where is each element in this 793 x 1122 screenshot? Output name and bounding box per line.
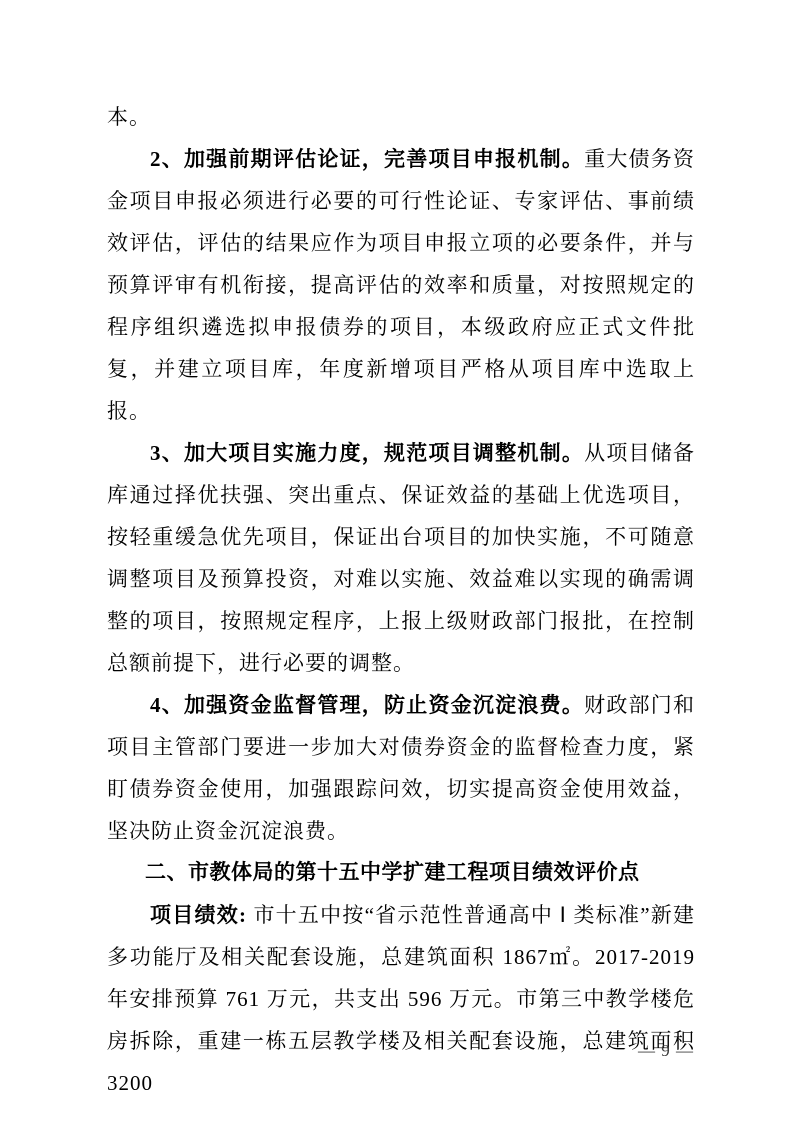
performance-lead: 项目绩效: <box>150 903 253 927</box>
performance-paragraph: 项目绩效: 市十五中按“省示范性普通高中 Ⅰ 类标准”新建多功能厅及相关配套设施… <box>107 894 695 1104</box>
paragraph-continuation: 本。 <box>107 96 695 138</box>
numbered-point-3-body: 从项目储备库通过择优扶强、突出重点、保证效益的基础上优选项目，按轻重缓急优先项目… <box>107 441 695 675</box>
document-page: 本。 2、加强前期评估论证，完善项目申报机制。重大债务资金项目申报必须进行必要的… <box>0 0 793 1122</box>
numbered-point-3: 3、加大项目实施力度，规范项目调整机制。从项目储备库通过择优扶强、突出重点、保证… <box>107 432 695 684</box>
section-heading: 二、市教体局的第十五中学扩建工程项目绩效评价点 <box>107 852 695 894</box>
numbered-point-2-body: 重大债务资金项目申报必须进行必要的可行性论证、专家评估、事前绩效评估，评估的结果… <box>107 147 695 423</box>
document-body: 本。 2、加强前期评估论证，完善项目申报机制。重大债务资金项目申报必须进行必要的… <box>107 96 695 1104</box>
numbered-point-4: 4、加强资金监督管理，防止资金沉淀浪费。财政部门和项目主管部门要进一步加大对债券… <box>107 684 695 852</box>
performance-body: 市十五中按“省示范性普通高中 Ⅰ 类标准”新建多功能厅及相关配套设施，总建筑面积… <box>107 903 695 1095</box>
numbered-point-2: 2、加强前期评估论证，完善项目申报机制。重大债务资金项目申报必须进行必要的可行性… <box>107 138 695 432</box>
numbered-point-4-lead: 4、加强资金监督管理，防止资金沉淀浪费。 <box>150 693 584 717</box>
numbered-point-3-lead: 3、加大项目实施力度，规范项目调整机制。 <box>150 441 584 465</box>
page-number: — 9 — <box>638 1040 694 1062</box>
paragraph-text: 本。 <box>107 105 151 129</box>
numbered-point-2-lead: 2、加强前期评估论证，完善项目申报机制。 <box>150 147 584 171</box>
